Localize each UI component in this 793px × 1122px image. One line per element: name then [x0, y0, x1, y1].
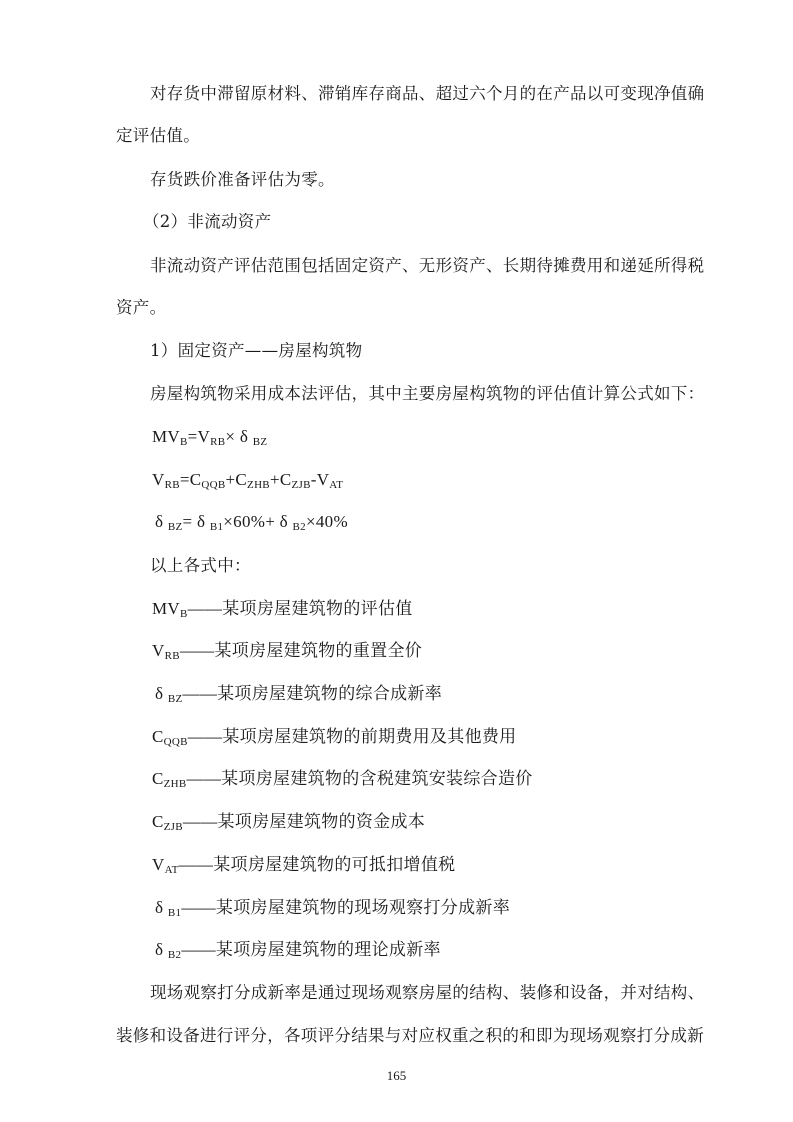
definition-item: δ BZ——某项房屋建筑物的综合成新率	[155, 684, 442, 704]
paragraph-inventory-line2: 定评估值。	[116, 126, 200, 146]
definition-subscript: AT	[165, 864, 179, 876]
paragraph-method: 房屋构筑物采用成本法评估，其中主要房屋构筑物的评估值计算公式如下：	[150, 384, 704, 404]
definition-symbol: V	[152, 855, 165, 874]
paragraph-observation-line1: 现场观察打分成新率是通过现场观察房屋的结构、装修和设备，并对结构、	[150, 983, 704, 1003]
formula-symbol: ×60%+ δ	[223, 512, 288, 531]
formula-symbol: -V	[311, 470, 330, 489]
formula-symbol: =C	[180, 470, 202, 489]
definition-text: ——某项房屋建筑物的理论成新率	[181, 940, 441, 959]
definition-text: ——某项房屋建筑物的资金成本	[183, 812, 425, 831]
definition-text: ——某项房屋建筑物的重置全价	[180, 641, 422, 660]
paragraph-observation-line2: 装修和设备进行评分，各项评分结果与对应权重之积的和即为现场观察打分成新	[116, 1026, 704, 1046]
formula-symbol: δ	[155, 512, 163, 531]
formula-subscript: BZ	[168, 521, 183, 533]
definition-text: ——某项房屋建筑物的综合成新率	[183, 684, 443, 703]
formula-delta-bz: δ BZ= δ B1×60%+ δ B2×40%	[155, 512, 348, 532]
definition-symbol: δ	[155, 898, 163, 917]
definition-symbol: C	[152, 727, 164, 746]
definition-subscript: RB	[165, 650, 180, 662]
definition-subscript: QQB	[164, 736, 188, 748]
paragraph-impairment: 存货跌价准备评估为零。	[150, 170, 335, 190]
formula-vrb: VRB=CQQB+CZHB+CZJB-VAT	[152, 470, 343, 490]
formula-mvb: MVB=VRB× δ BZ	[152, 427, 267, 447]
page-number: 165	[0, 1068, 793, 1084]
formula-symbol: = δ	[183, 512, 206, 531]
formula-subscript: RB	[165, 479, 180, 491]
formula-symbol: V	[152, 470, 165, 489]
definition-text: ——某项房屋建筑物的可抵扣增值税	[179, 855, 456, 874]
definition-item: VAT——某项房屋建筑物的可抵扣增值税	[152, 855, 455, 875]
formula-subscript: RB	[210, 436, 225, 448]
definition-symbol: MV	[152, 599, 180, 618]
definition-text: ——某项房屋建筑物的评估值	[188, 599, 413, 618]
paragraph-inventory-line1: 对存货中滞留原材料、滞销库存商品、超过六个月的在产品以可变现净值确	[150, 84, 704, 104]
formula-subscript: BZ	[253, 436, 268, 448]
formula-subscript: B	[180, 436, 188, 448]
formula-subscript: AT	[329, 479, 343, 491]
definition-subscript: B2	[168, 949, 181, 961]
definition-symbol: δ	[155, 684, 163, 703]
definition-subscript: ZJB	[164, 821, 183, 833]
definition-symbol: C	[152, 769, 164, 788]
paragraph-where: 以上各式中：	[150, 556, 251, 576]
definition-item: δ B1——某项房屋建筑物的现场观察打分成新率	[155, 898, 510, 918]
paragraph-scope-line2: 资产。	[116, 298, 166, 318]
formula-symbol: +C	[270, 470, 292, 489]
definition-text: ——某项房屋建筑物的现场观察打分成新率	[181, 898, 510, 917]
formula-symbol: +C	[226, 470, 248, 489]
definition-subscript: B	[180, 608, 188, 620]
definition-item: MVB——某项房屋建筑物的评估值	[152, 599, 413, 619]
definition-item: VRB——某项房屋建筑物的重置全价	[152, 641, 422, 661]
formula-subscript: B2	[293, 521, 306, 533]
paragraph-scope-line1: 非流动资产评估范围包括固定资产、无形资产、长期待摊费用和递延所得税	[150, 256, 704, 276]
definition-item: CQQB——某项房屋建筑物的前期费用及其他费用	[152, 727, 516, 747]
definition-item: CZHB——某项房屋建筑物的含税建筑安装综合造价	[152, 769, 533, 789]
definition-text: ——某项房屋建筑物的前期费用及其他费用	[188, 727, 517, 746]
definition-subscript: BZ	[168, 693, 183, 705]
formula-symbol: ×40%	[306, 512, 348, 531]
formula-subscript: B1	[210, 521, 223, 533]
section-heading-noncurrent: （2）非流动资产	[143, 212, 271, 232]
document-page: 对存货中滞留原材料、滞销库存商品、超过六个月的在产品以可变现净值确 定评估值。 …	[0, 0, 793, 1122]
definition-symbol: V	[152, 641, 165, 660]
definition-subscript: B1	[168, 907, 181, 919]
formula-subscript: QQB	[201, 479, 225, 491]
definition-item: CZJB——某项房屋建筑物的资金成本	[152, 812, 425, 832]
formula-symbol: =V	[188, 427, 210, 446]
definition-item: δ B2——某项房屋建筑物的理论成新率	[155, 940, 441, 960]
formula-subscript: ZJB	[291, 479, 310, 491]
formula-symbol: × δ	[225, 427, 248, 446]
definition-subscript: ZHB	[164, 778, 187, 790]
formula-symbol: MV	[152, 427, 180, 446]
definition-text: ——某项房屋建筑物的含税建筑安装综合造价	[187, 769, 533, 788]
formula-subscript: ZHB	[247, 479, 270, 491]
definition-symbol: C	[152, 812, 164, 831]
definition-symbol: δ	[155, 940, 163, 959]
subsection-heading-buildings: 1）固定资产——房屋构筑物	[150, 341, 362, 361]
